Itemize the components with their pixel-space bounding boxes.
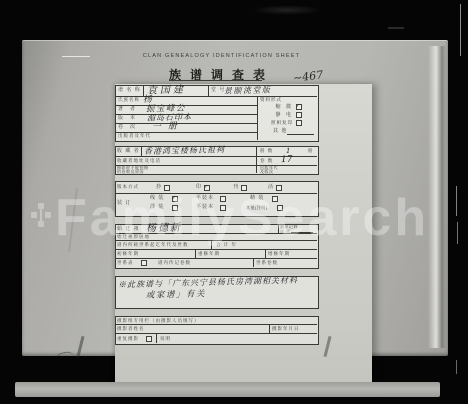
field-label-biography-volumes: 谱内传记卷数 (158, 261, 191, 266)
field-label-filming-date: 摄影年月日 (272, 327, 300, 332)
field-label-author: 著 者 (118, 107, 136, 112)
checkbox-paperback-2 (220, 205, 226, 211)
field-label-founding-ancestor: 始 迁 祖 (117, 227, 140, 232)
adjacent-frame-strip (15, 382, 440, 397)
field-label-title: 谱 名 称 (118, 88, 141, 93)
option-label-microfilm: 缩 微 (258, 105, 293, 110)
field-label-photographer: 摄影者姓名 (117, 327, 145, 332)
fill-line (291, 232, 313, 233)
field-label-holder: 收 藏 者 (117, 149, 140, 154)
checkbox-lineage-chart (141, 260, 147, 266)
checkbox-photocopy (296, 120, 302, 126)
film-smudge (252, 5, 322, 15)
divider (211, 240, 212, 249)
checkbox-western-bound (172, 205, 178, 211)
field-label-volume-count: 卷 数 (260, 159, 273, 164)
checkbox-microfilm: ✓ (296, 104, 302, 110)
check-mark: ✓ (204, 185, 208, 189)
check-mark: ✓ (172, 196, 176, 200)
checkbox-manuscript (164, 185, 170, 191)
table-format-block (115, 181, 319, 217)
checkbox-block-print (241, 185, 247, 191)
unit-label-ce: 册 (308, 149, 314, 154)
option-label-hardcover: 精 装 (250, 196, 264, 201)
field-label-supplemented: 增修年期 (268, 252, 290, 257)
option-label-movable-type: 活 (268, 185, 274, 190)
divider (195, 249, 196, 258)
other-fill-line (287, 134, 314, 135)
divider (265, 249, 266, 258)
option-label-binding-other: 其他(注明) (246, 206, 268, 210)
field-label-lineage-range: 谱内所载世系起讫年代及世数 (117, 243, 189, 248)
field-label-material-format: 资料形式 (260, 98, 282, 103)
option-label-photocopy: 照相复印 (258, 121, 293, 126)
option-label-electrostatic: 静 电 (258, 113, 293, 118)
field-label-holder-address: 收藏者地址及电话 (117, 159, 161, 164)
divider (115, 123, 257, 124)
field-label-publisher: 出版者及年代 (118, 134, 151, 139)
checkbox-movable-type (276, 185, 282, 191)
film-smudge (388, 27, 404, 29)
field-label-pubyear-2: 及版次 (260, 170, 274, 174)
option-label-paperback-2: 平装本 (196, 205, 214, 210)
divider (115, 105, 257, 106)
option-label-printed: 印 (196, 185, 202, 190)
field-label-era: 年 代 (280, 230, 291, 234)
field-label-lineage-volumes: 世系卷数 (256, 261, 278, 266)
divider (115, 193, 317, 194)
divider (141, 146, 142, 156)
divider (269, 324, 270, 333)
field-label-first-compiled: 初修年期 (117, 252, 139, 257)
handwritten-volumes: 一 册 (152, 123, 179, 133)
checkbox-binding-other (277, 205, 283, 211)
divider (156, 333, 157, 343)
field-label-ancestor-origin: 始迁祖原居地 (117, 235, 150, 240)
option-label-paperback-1: 平装本 (196, 196, 214, 201)
field-label-recompiled: 重修年期 (198, 252, 220, 257)
divider (208, 85, 209, 96)
option-label-western-bound: 洋 装 (150, 205, 164, 210)
field-label-total-years: 合 计 年 (216, 243, 237, 248)
scratch-mark (62, 56, 90, 57)
form-header-english: CLAN GENEALOGY IDENTIFICATION SHEET (93, 53, 350, 59)
scratch-mark (456, 186, 457, 216)
field-label-volumes: 卷 次 (118, 125, 136, 130)
divider (253, 258, 254, 267)
checkbox-hardcover (272, 196, 278, 202)
field-label-unfilmed-2: 的卷数及原因 (117, 170, 144, 174)
scratch-mark (457, 222, 458, 244)
divider (115, 333, 317, 334)
check-mark: ✓ (296, 104, 300, 108)
checkbox-paperback-1 (220, 196, 226, 202)
checkbox-thread-bound: ✓ (172, 196, 178, 202)
handwritten-volume-count: 17 (281, 156, 293, 165)
checkbox-printed: ✓ (204, 185, 210, 191)
handwritten-genealogy-title: 袁国建 (147, 85, 186, 96)
handwritten-book-count: 1 (286, 147, 291, 154)
divider (115, 324, 317, 325)
option-label-block-print: 刊 (233, 185, 239, 190)
divider (115, 249, 317, 250)
divider (115, 258, 317, 259)
title-underline (169, 80, 262, 81)
field-label-edition: 版 本 (118, 116, 136, 121)
divider (257, 96, 258, 140)
handwritten-hall-name: 景颐洮堂版 (224, 86, 272, 95)
checkbox-electrostatic (296, 112, 302, 118)
checkbox-refilm (146, 336, 152, 342)
field-label-print-method: 版本方式 (117, 185, 139, 190)
option-label-other: 其 他 (273, 129, 287, 134)
option-label-thread-bound: 线 装 (150, 196, 164, 201)
field-label-lineage-chart: 世系表 (117, 261, 134, 266)
divider (256, 146, 257, 173)
microfilm-frame: CLAN GENEALOGY IDENTIFICATION SHEET 族谱调查… (0, 0, 468, 404)
handwritten-founding-ancestor: 杨德新 (146, 224, 182, 235)
divider (115, 240, 317, 241)
field-label-clan-name: 氏族名称 (118, 98, 140, 103)
option-label-manuscript: 抄 (156, 185, 162, 190)
scratch-mark (456, 360, 457, 374)
field-label-crew-section: 摄影组专用栏（由摄影人员填写） (117, 319, 200, 324)
scratch-mark (460, 4, 461, 56)
field-label-refilm: 重复摄影 (117, 337, 139, 342)
field-label-binding: 装 订 (117, 201, 131, 206)
film-crease (428, 46, 446, 348)
field-label-book-count: 册 数 (260, 149, 273, 154)
field-label-explanation: 说明 (160, 337, 171, 342)
divider (278, 224, 279, 233)
handwritten-remark-line2: 或家谱」有关 (146, 290, 206, 300)
